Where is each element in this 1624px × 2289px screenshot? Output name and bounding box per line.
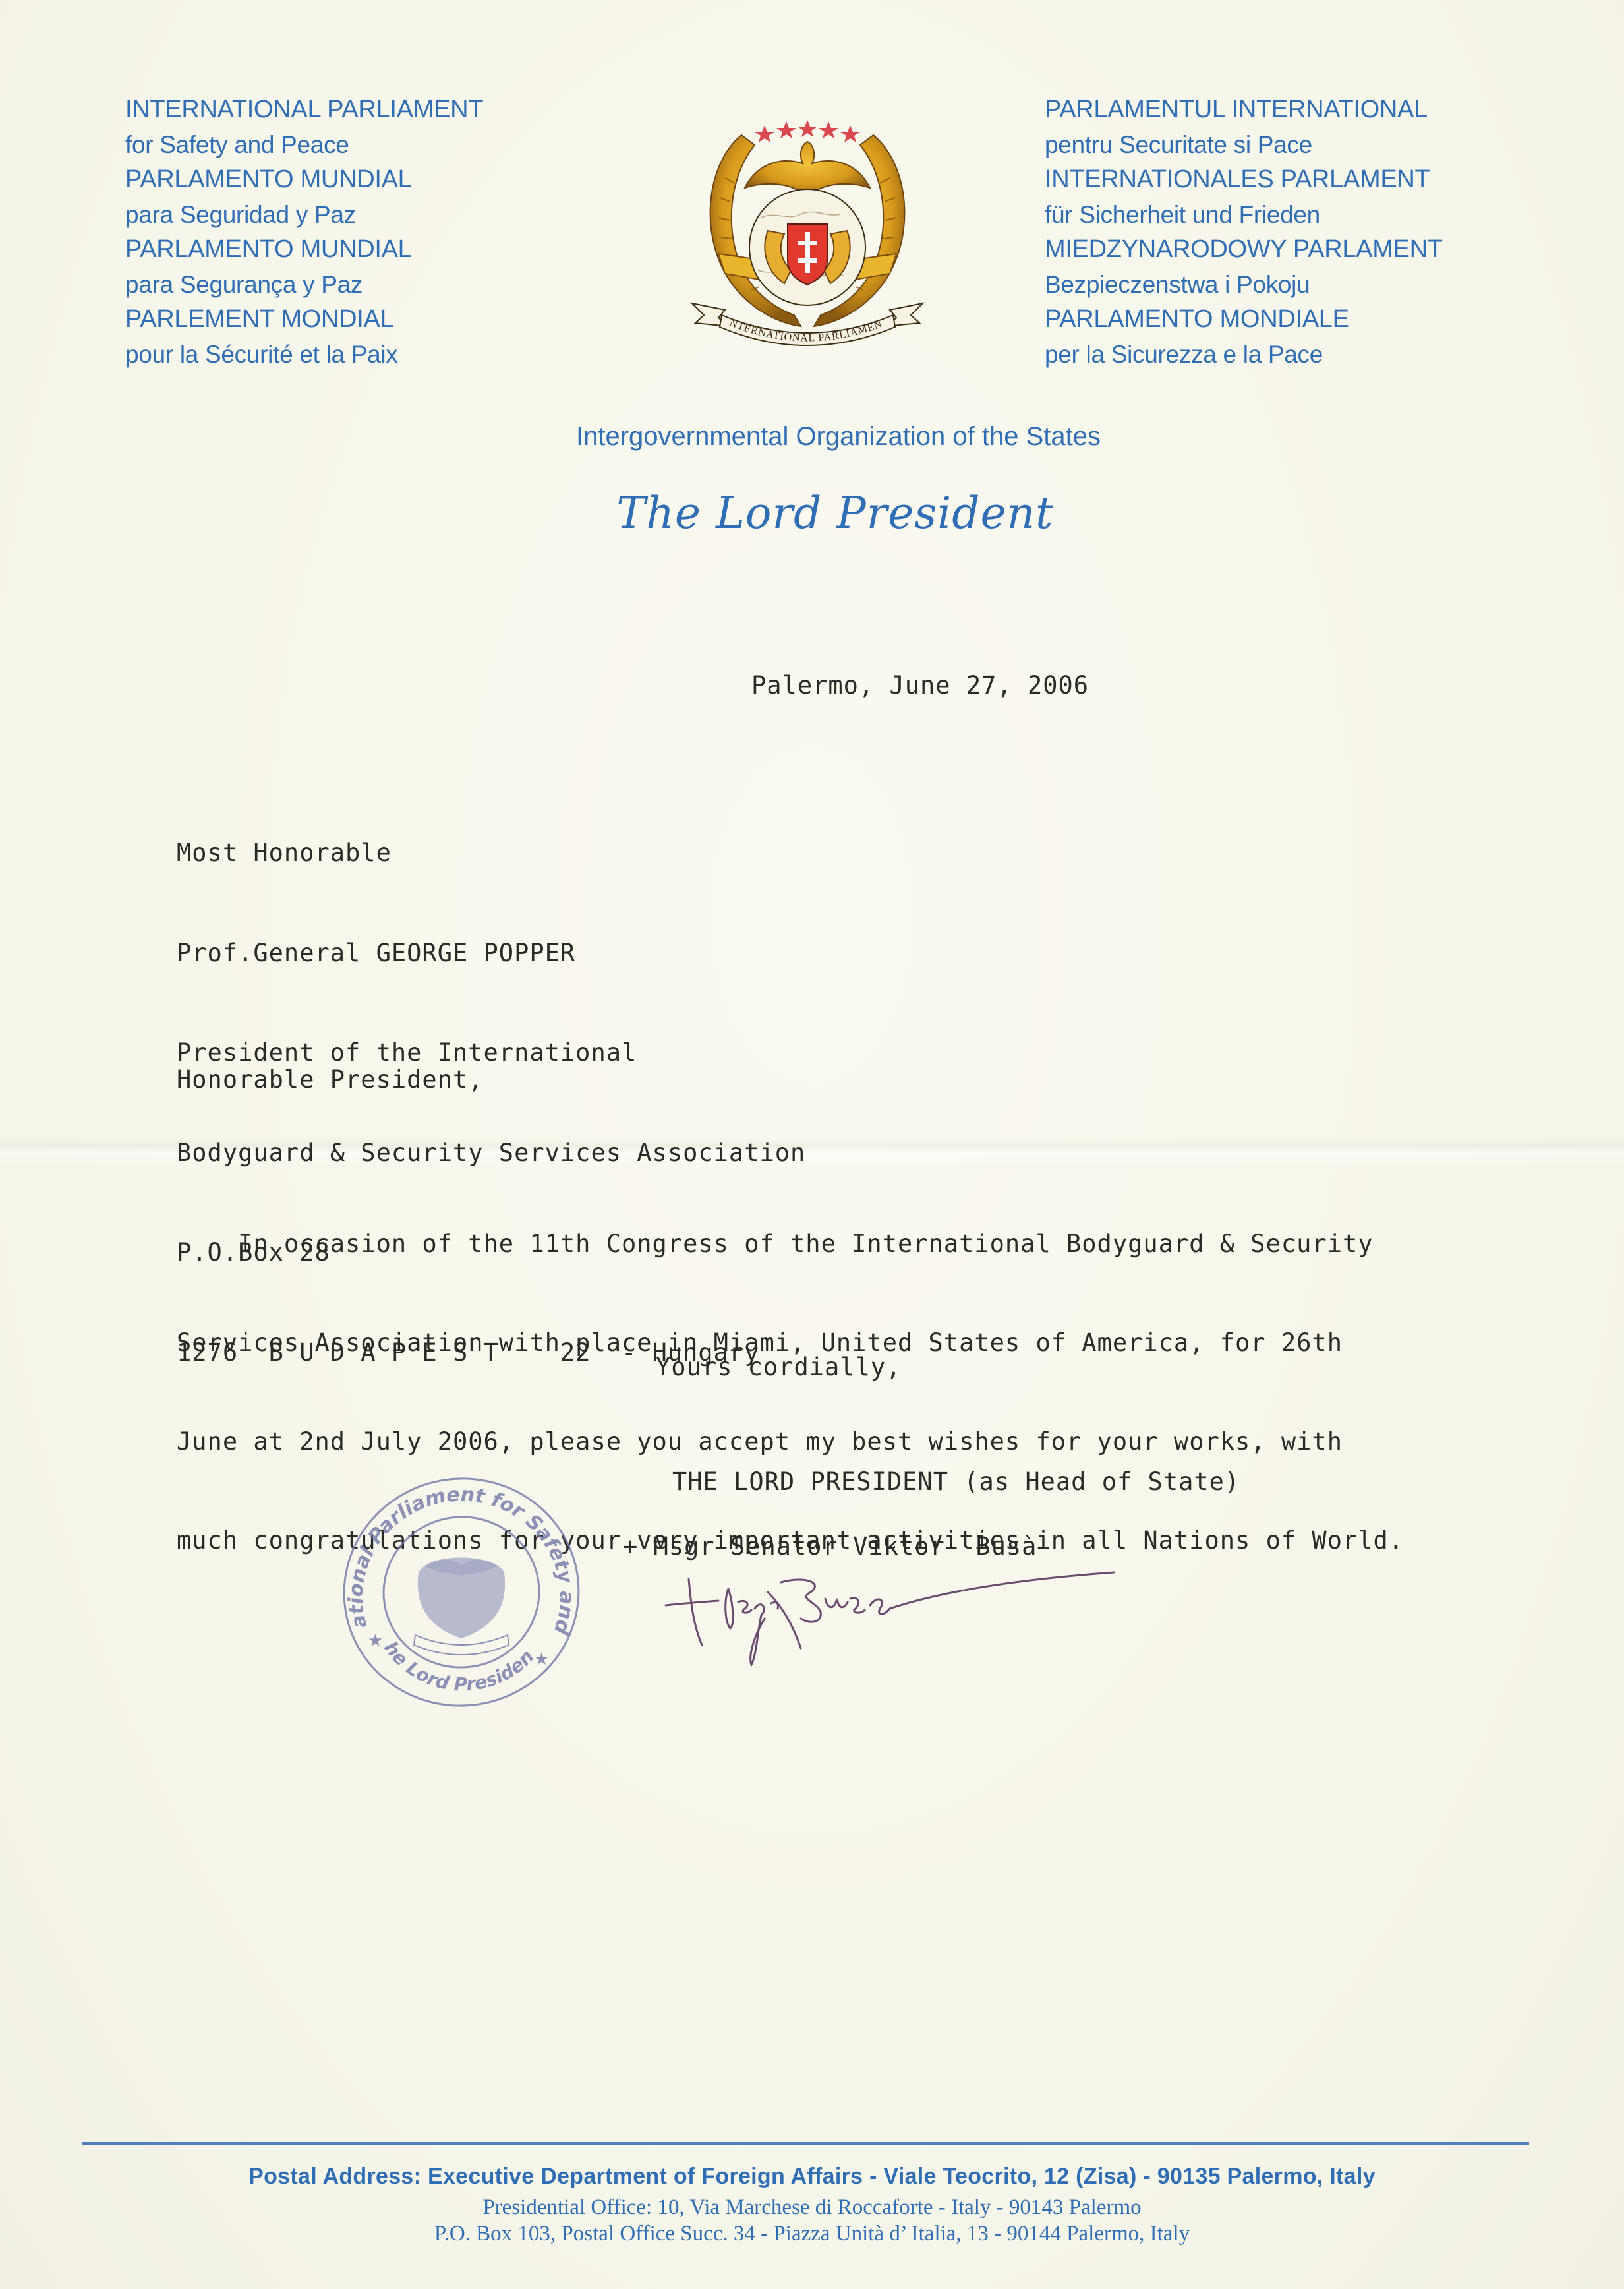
letterhead-line: MIEDZYNARODOWY PARLAMENT bbox=[1045, 232, 1443, 267]
svg-text:★: ★ bbox=[534, 1649, 549, 1669]
letterhead-right-column: PARLAMENTUL INTERNATIONAL pentru Securit… bbox=[1045, 92, 1443, 372]
address-line: Most Honorable bbox=[177, 837, 805, 870]
handwritten-signature-icon bbox=[652, 1562, 1140, 1681]
address-line: Prof.General GEORGE POPPER bbox=[177, 937, 805, 970]
official-stamp-icon: International Parliament for Safety and … bbox=[336, 1467, 587, 1717]
letterhead-left-column: INTERNATIONAL PARLIAMENT for Safety and … bbox=[125, 92, 483, 372]
body-line: In occasion of the 11th Congress of the … bbox=[177, 1228, 1404, 1261]
closing: Yours cordially, bbox=[656, 1353, 901, 1381]
lord-president-title: The Lord President bbox=[0, 488, 1624, 539]
footer-presidential-office: Presidential Office: 10, Via Marchese di… bbox=[0, 2195, 1624, 2220]
letterhead-line: for Safety and Peace bbox=[125, 127, 483, 162]
svg-text:★: ★ bbox=[368, 1630, 383, 1650]
footer-divider bbox=[82, 2142, 1529, 2145]
letterhead-line: PARLAMENTO MUNDIAL bbox=[125, 162, 483, 197]
footer-postal-address: Postal Address: Executive Department of … bbox=[0, 2164, 1624, 2189]
letterhead-line: PARLAMENTO MONDIALE bbox=[1045, 302, 1443, 337]
letterhead-line: para Seguridad y Paz bbox=[125, 197, 483, 232]
letterhead-line: INTERNATIONAL PARLIAMENT bbox=[125, 92, 483, 127]
letterhead-line: PARLAMENTO MUNDIAL bbox=[125, 232, 483, 267]
letterhead-line: für Sicherheit und Frieden bbox=[1045, 197, 1443, 232]
letterhead-line: per la Sicurezza e la Pace bbox=[1045, 337, 1443, 372]
letterhead-line: pour la Sécurité et la Paix bbox=[125, 337, 483, 372]
salutation: Honorable President, bbox=[177, 1065, 484, 1094]
body-line: June at 2nd July 2006, please you accept… bbox=[177, 1425, 1404, 1458]
address-line: President of the International bbox=[177, 1036, 805, 1070]
letterhead-line: para Segurança y Paz bbox=[125, 267, 483, 302]
eagle-coat-of-arms-emblem-icon: INTERNATIONAL PARLIAMENT bbox=[679, 105, 936, 356]
signer-title: THE LORD PRESIDENT (as Head of State) bbox=[672, 1468, 1240, 1496]
letterhead-line: Bezpieczenstwa i Pokoju bbox=[1045, 267, 1443, 302]
letterhead-line: pentru Securitate si Pace bbox=[1045, 127, 1443, 162]
letterhead-line: PARLAMENTUL INTERNATIONAL bbox=[1045, 92, 1443, 127]
letterhead-line: INTERNATIONALES PARLAMENT bbox=[1045, 162, 1443, 197]
signer-name: + Msgr Senator Viktor Busà bbox=[623, 1532, 1037, 1561]
footer-po-box: P.O. Box 103, Postal Office Succ. 34 - P… bbox=[0, 2222, 1624, 2246]
letterhead-line: PARLEMENT MONDIAL bbox=[125, 302, 483, 337]
organization-subtitle: Intergovernmental Organization of the St… bbox=[0, 422, 1624, 452]
place-and-date: Palermo, June 27, 2006 bbox=[751, 671, 1089, 699]
